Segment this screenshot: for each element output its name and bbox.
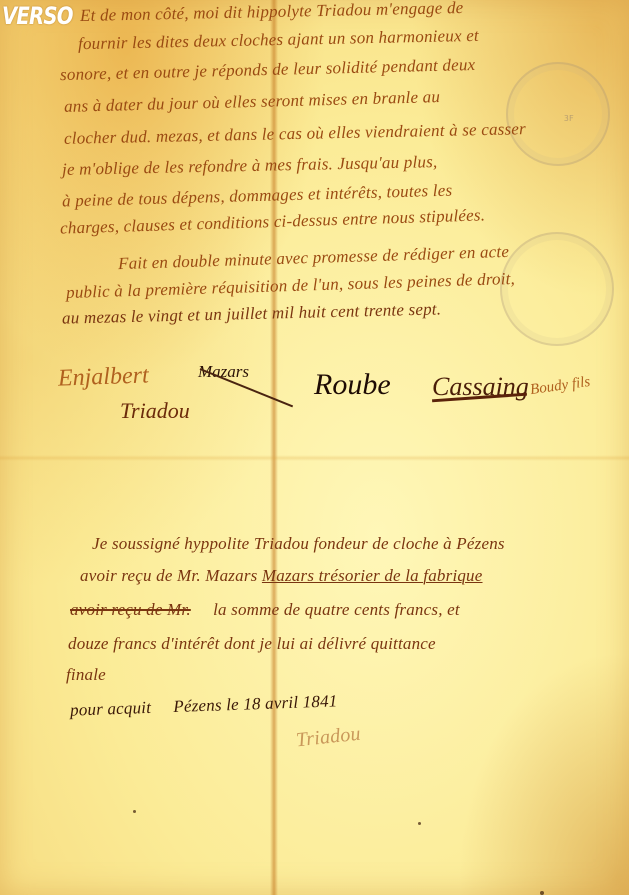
verso-label: VERSO — [2, 2, 73, 30]
receipt-line-1: Je soussigné hyppolite Triadou fondeur d… — [92, 534, 505, 554]
ink-spot — [133, 810, 136, 813]
stamp-value: 3F — [564, 114, 574, 123]
tax-stamp-top: 3F — [506, 62, 610, 166]
receipt-line-3-text: la somme de quatre cents francs, et — [213, 600, 460, 619]
receipt-line-2-text: avoir reçu de Mr. Mazars — [80, 566, 257, 585]
ink-spot — [418, 822, 421, 825]
signature-roube: Roube — [314, 368, 391, 402]
horizontal-fold-line — [0, 455, 629, 461]
receipt-line-2: avoir reçu de Mr. Mazars Mazars trésorie… — [80, 566, 483, 586]
receipt-underlined-treasurer: Mazars trésorier de la fabrique — [262, 566, 483, 585]
ink-spot — [540, 891, 544, 895]
tax-stamp-middle — [500, 232, 614, 346]
receipt-acquit: pour acquit — [70, 698, 152, 720]
receipt-line-4: douze francs d'intérêt dont je lui ai dé… — [68, 634, 436, 654]
receipt-line-5: finale — [66, 665, 106, 685]
signature-enjalbert: Enjalbert — [58, 362, 150, 392]
receipt-struck-text: avoir reçu de Mr. — [70, 600, 191, 619]
receipt-line-3: avoir reçu de Mr. la somme de quatre cen… — [70, 600, 460, 620]
signature-triadou: Triadou — [120, 398, 190, 424]
